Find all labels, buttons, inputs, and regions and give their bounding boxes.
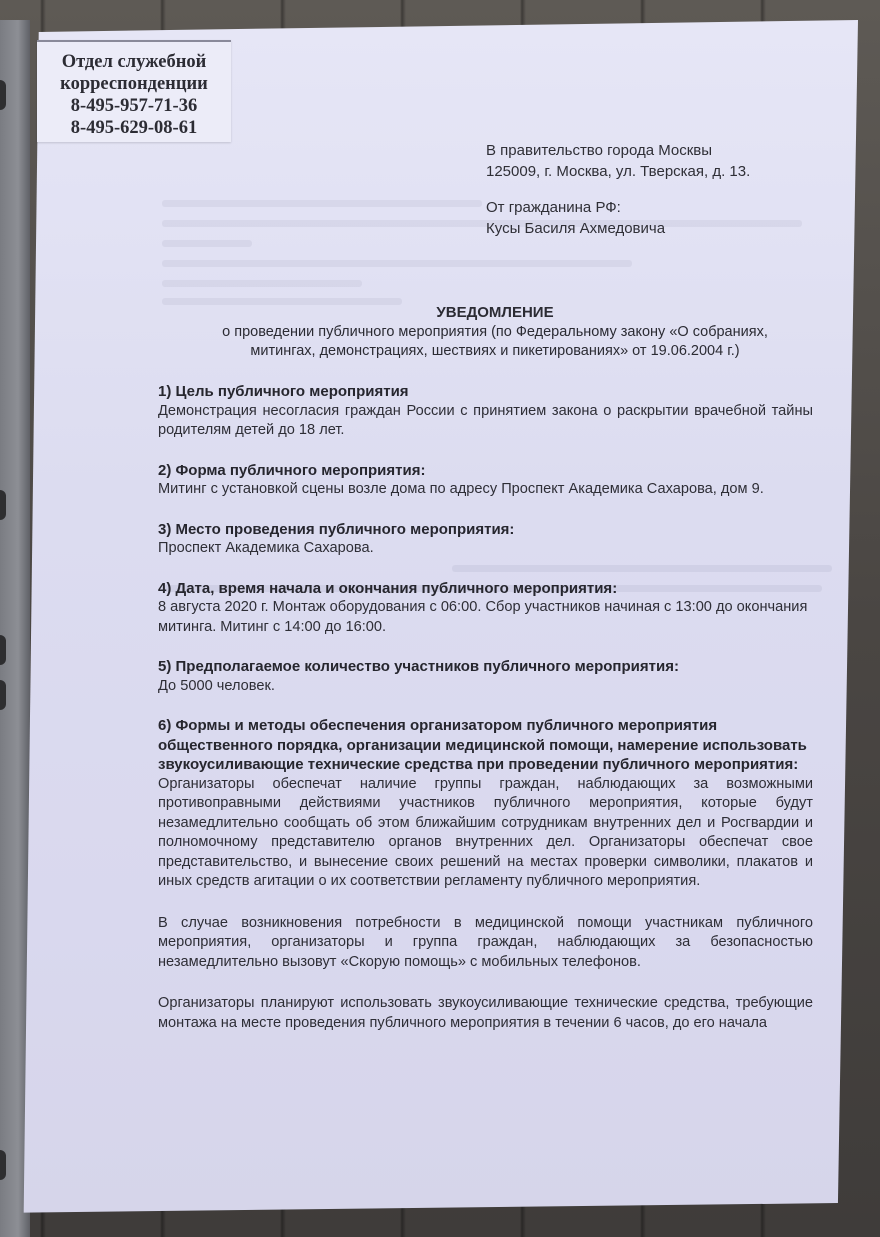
addressee-block: В правительство города Москвы 125009, г.… [486,140,750,239]
binder-hole [0,1150,6,1180]
section-participants: 5) Предполагаемое количество участников … [158,657,813,696]
section-text: Проспект Академика Сахарова. [158,539,813,559]
section-form: 2) Форма публичного мероприятия: Митинг … [158,461,813,500]
bleed-through-text [162,200,482,207]
document-body: 1) Цель публичного мероприятия Демонстра… [158,382,813,1055]
document-title: УВЕДОМЛЕНИЕ [150,303,840,323]
binder-hole [0,490,6,520]
section-location: 3) Место проведения публичного мероприят… [158,520,813,559]
sender-label: От гражданина РФ: [486,197,750,218]
section-datetime: 4) Дата, время начала и окончания публич… [158,579,813,638]
medical-paragraph: В случае возникновения потребности в мед… [158,914,813,973]
section-text: 8 августа 2020 г. Монтаж оборудования с … [158,598,813,637]
sound-equipment-paragraph: Организаторы планируют использовать звук… [158,994,813,1033]
sticker-phone: 8-495-957-71-36 [37,95,231,117]
section-heading: 1) Цель публичного мероприятия [158,382,813,402]
section-text: Демонстрация несогласия граждан России с… [158,402,813,441]
bleed-through-text [162,280,362,287]
bleed-through-text [162,240,252,247]
section-text: Митинг с установкой сцены возле дома по … [158,480,813,500]
section-heading: 2) Форма публичного мероприятия: [158,461,813,481]
section-order-methods: 6) Формы и методы обеспечения организато… [158,716,813,892]
section-heading: 6) Формы и методы обеспечения организато… [158,716,813,775]
section-heading: 3) Место проведения публичного мероприят… [158,520,813,540]
recipient-name: В правительство города Москвы [486,140,750,161]
binder-hole [0,80,6,110]
recipient-address: 125009, г. Москва, ул. Тверская, д. 13. [486,161,750,182]
binder-hole [0,635,6,665]
sticker-line: Отдел служебной [37,51,231,73]
document-subtitle: о проведении публичного мероприятия (по … [150,323,840,342]
section-heading: 5) Предполагаемое количество участников … [158,657,813,677]
sender-name: Кусы Басиля Ахмедовича [486,218,750,239]
section-purpose: 1) Цель публичного мероприятия Демонстра… [158,382,813,441]
section-text: До 5000 человек. [158,677,813,697]
document-header: УВЕДОМЛЕНИЕ о проведении публичного меро… [150,303,840,361]
sticker-phone: 8-495-629-08-61 [37,117,231,139]
document-subtitle: митингах, демонстрациях, шествиях и пике… [150,342,840,361]
binder-hole [0,680,6,710]
correspondence-sticker: Отдел служебной корреспонденции 8-495-95… [37,40,231,142]
section-heading: 4) Дата, время начала и окончания публич… [158,579,813,599]
bleed-through-text [162,260,632,267]
plastic-sleeve-edge [0,20,30,1237]
sticker-line: корреспонденции [37,73,231,95]
section-text: Организаторы обеспечат наличие группы гр… [158,775,813,892]
